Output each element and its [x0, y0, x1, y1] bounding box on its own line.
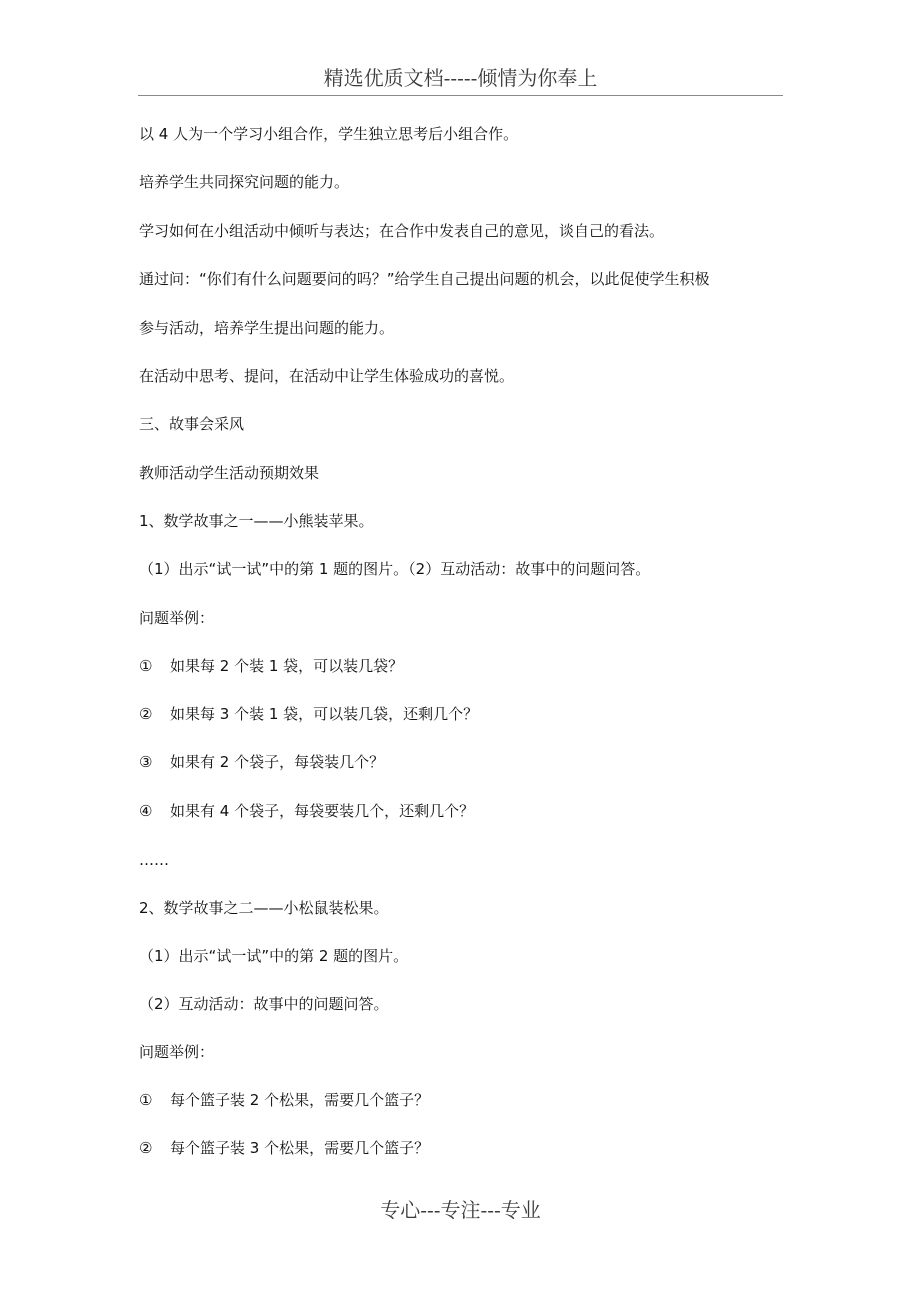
- story-1-steps: （1）出示“试一试”中的第 1 题的图片。（2）互动活动：故事中的问题问答。: [139, 559, 650, 579]
- list-item-text: 每个篮子装 2 个松果，需要几个篮子？: [170, 1091, 429, 1109]
- paragraph-ask-questions-cont: 参与活动，培养学生提出问题的能力。: [139, 318, 394, 338]
- paragraph-group-work: 以 4 人为一个学习小组合作，学生独立思考后小组合作。: [139, 124, 518, 144]
- story-2-step-2: （2）互动活动：故事中的问题问答。: [139, 994, 389, 1014]
- paragraph-listen-express: 学习如何在小组活动中倾听与表达；在合作中发表自己的意见，谈自己的看法。: [139, 221, 664, 241]
- list-item-text: 每个篮子装 3 个松果，需要几个篮子？: [170, 1139, 429, 1157]
- story-2-title: 2、数学故事之二——小松鼠装松果。: [139, 898, 389, 918]
- circled-number-4: ④: [139, 801, 170, 821]
- ellipsis: ……: [139, 850, 169, 870]
- list-item-text: 如果有 2 个袋子，每袋装几个？: [170, 753, 384, 771]
- list-item: ②每个篮子装 3 个松果，需要几个篮子？: [139, 1138, 429, 1158]
- section-heading-story: 三、故事会采风: [139, 414, 244, 434]
- list-item-text: 如果每 3 个装 1 袋，可以装几袋，还剩几个？: [170, 705, 478, 723]
- list-item: ①如果每 2 个装 1 袋，可以装几袋？: [139, 656, 403, 676]
- header-rule: [138, 95, 783, 96]
- page-footer: 专心---专注---专业: [138, 1196, 783, 1224]
- story-1-examples-label: 问题举例：: [139, 608, 214, 628]
- circled-number-1: ①: [139, 656, 170, 676]
- list-item-text: 如果有 4 个袋子，每袋要装几个，还剩几个？: [170, 802, 474, 820]
- list-item: ①每个篮子装 2 个松果，需要几个篮子？: [139, 1090, 429, 1110]
- story-2-examples-label: 问题举例：: [139, 1042, 214, 1062]
- circled-number-2: ②: [139, 704, 170, 724]
- list-item: ②如果每 3 个装 1 袋，可以装几袋，还剩几个？: [139, 704, 478, 724]
- paragraph-ask-questions: 通过问：“你们有什么问题要问的吗？”给学生自己提出问题的机会，以此促使学生积极: [139, 269, 710, 289]
- paragraph-success-joy: 在活动中思考、提问，在活动中让学生体验成功的喜悦。: [139, 366, 514, 386]
- table-header-line: 教师活动学生活动预期效果: [139, 463, 319, 483]
- page-header: 精选优质文档-----倾情为你奉上: [138, 64, 783, 92]
- circled-number-1: ①: [139, 1090, 170, 1110]
- list-item: ④如果有 4 个袋子，每袋要装几个，还剩几个？: [139, 801, 474, 821]
- list-item-text: 如果每 2 个装 1 袋，可以装几袋？: [170, 657, 403, 675]
- list-item: ③如果有 2 个袋子，每袋装几个？: [139, 752, 384, 772]
- story-1-title: 1、数学故事之一——小熊装苹果。: [139, 511, 374, 531]
- circled-number-2: ②: [139, 1138, 170, 1158]
- story-2-step-1: （1）出示“试一试”中的第 2 题的图片。: [139, 946, 408, 966]
- paragraph-explore-ability: 培养学生共同探究问题的能力。: [139, 172, 349, 192]
- circled-number-3: ③: [139, 752, 170, 772]
